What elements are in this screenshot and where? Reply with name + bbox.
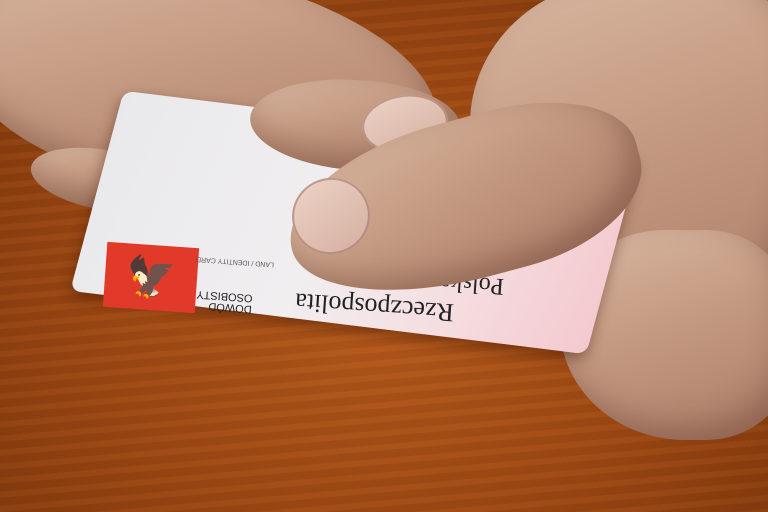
white-eagle-icon: 🦅	[103, 242, 199, 313]
card-doc-type: DOWÓD OSOBISTY	[195, 288, 253, 314]
